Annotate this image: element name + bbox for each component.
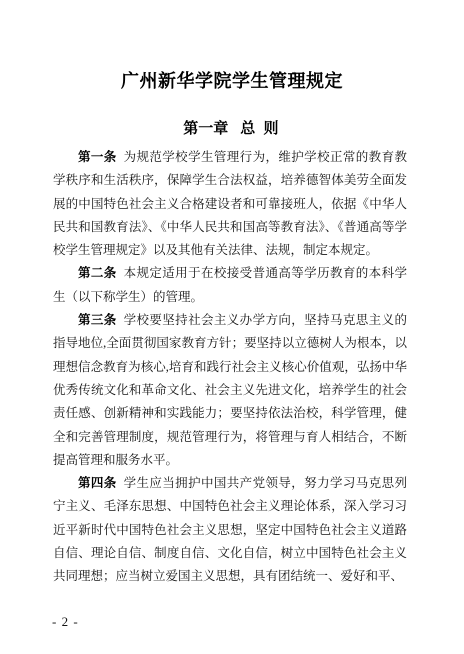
article-3-label: 第三条: [78, 313, 117, 327]
document-title: 广州新华学院学生管理规定: [0, 0, 464, 91]
article-4-text: 学生应当拥护中国共产党领导，努力学习马克思列宁主义、毛泽东思想、中国特色社会主义…: [53, 476, 407, 583]
article-1-text: 为规范学校学生管理行为，维护学校正常的教育教学秩序和生活秩序，保障学生合法权益，…: [53, 150, 407, 257]
article-3-text: 学校要坚持社会主义办学方向，坚持马克思主义的指导地位,全面贯彻国家教育方针；要坚…: [53, 313, 407, 467]
chapter-label: 第一章: [183, 121, 228, 137]
article-4-label: 第四条: [78, 476, 117, 490]
paragraph-article-4: 第四条学生应当拥护中国共产党领导，努力学习马克思列宁主义、毛泽东思想、中国特色社…: [53, 472, 407, 588]
chapter-heading: 第一章总 则: [0, 120, 464, 138]
article-1-label: 第一条: [78, 150, 117, 164]
paragraph-article-1: 第一条为规范学校学生管理行为，维护学校正常的教育教学秩序和生活秩序，保障学生合法…: [53, 146, 407, 262]
chapter-title: 总 则: [240, 121, 281, 137]
article-2-label: 第二条: [78, 266, 117, 280]
document-body: 第一条为规范学校学生管理行为，维护学校正常的教育教学秩序和生活秩序，保障学生合法…: [53, 146, 407, 589]
paragraph-article-2: 第二条本规定适用于在校接受普通高等学历教育的本科学生（以下称学生）的管理。: [53, 262, 407, 309]
page-number: - 2 -: [52, 614, 79, 629]
document-page: 广州新华学院学生管理规定 第一章总 则 第一条为规范学校学生管理行为，维护学校正…: [0, 0, 464, 654]
paragraph-article-3: 第三条学校要坚持社会主义办学方向，坚持马克思主义的指导地位,全面贯彻国家教育方针…: [53, 309, 407, 472]
